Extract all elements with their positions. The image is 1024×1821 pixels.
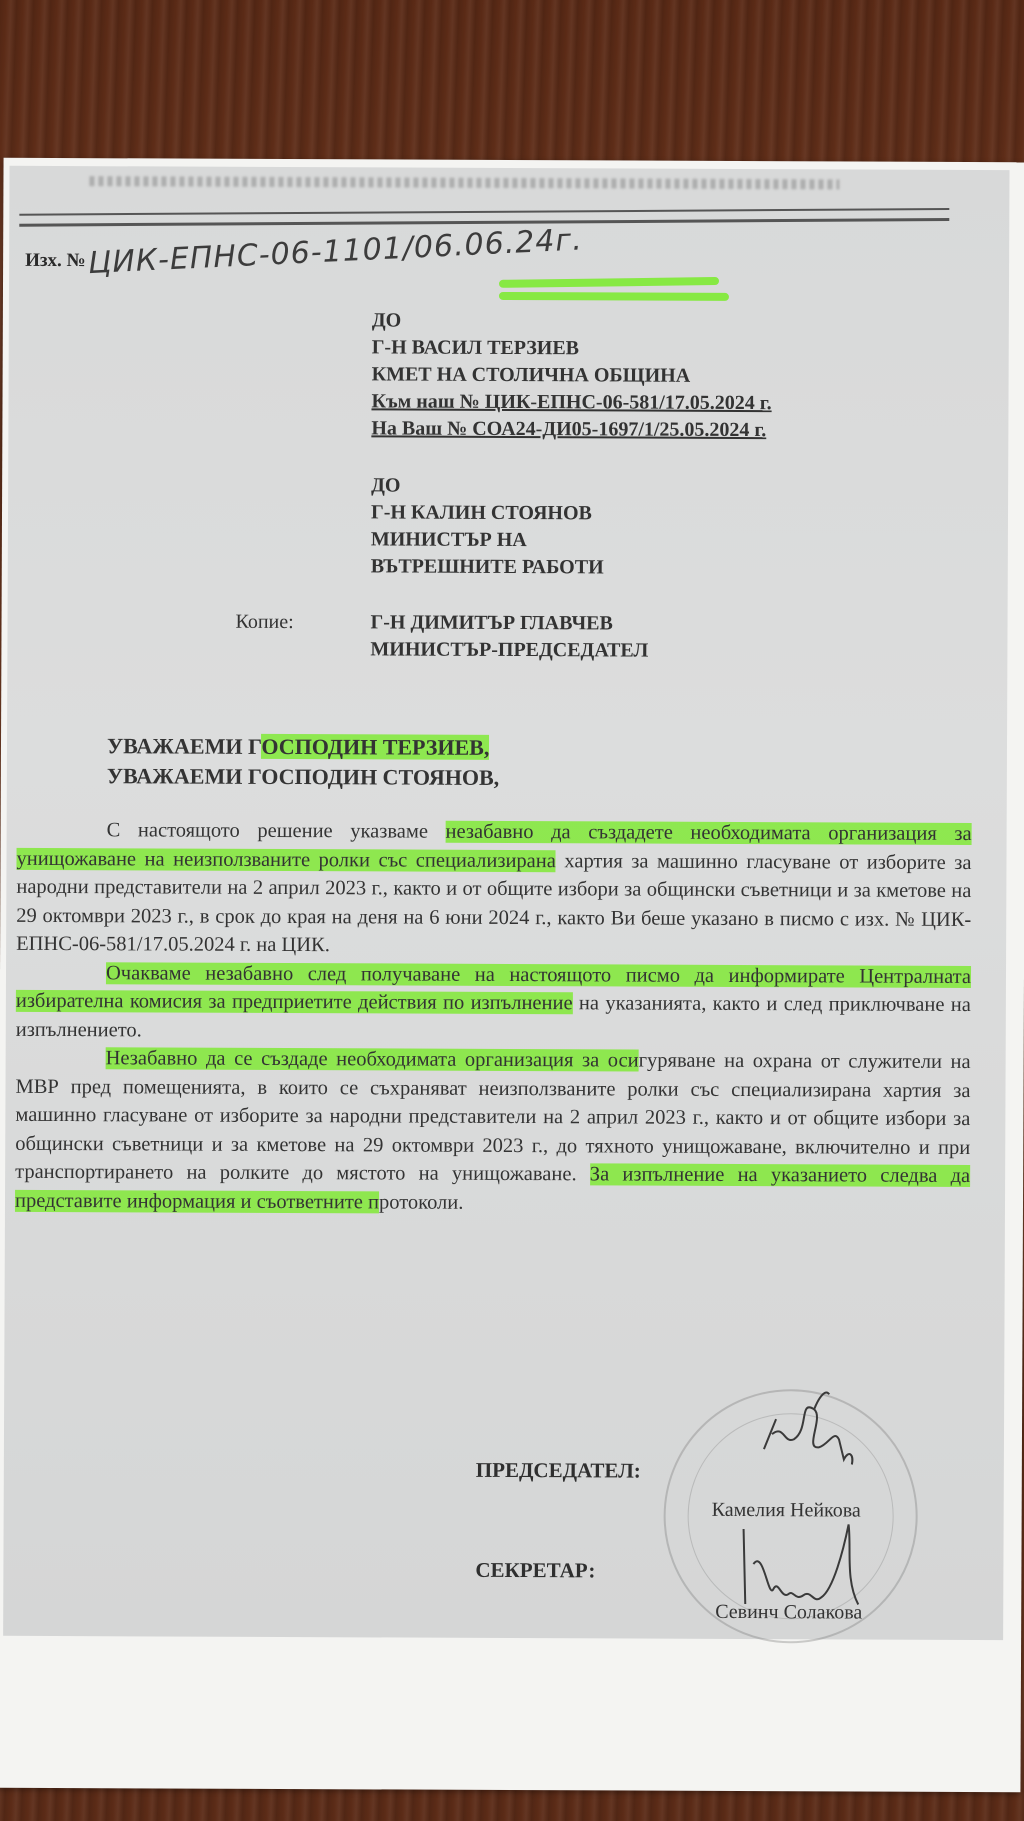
letterhead-rule [19, 208, 949, 216]
copy-title: МИНИСТЪР-ПРЕДСЕДАТЕЛ [370, 636, 648, 664]
copy-recipient-block: Г-Н ДИМИТЪР ГЛАВЧЕВ МИНИСТЪР-ПРЕДСЕДАТЕЛ [370, 609, 648, 664]
paragraph: С настоящото решение указваме незабавно … [16, 816, 972, 963]
letterhead-rule [19, 218, 949, 227]
reference-yours: На Ваш № СОА24-ДИ05-1697/1/25.05.2024 г. [371, 415, 771, 444]
chair-signature [754, 1389, 864, 1479]
recipient-mayor: ДО Г-Н ВАСИЛ ТЕРЗИЕВ КМЕТ НА СТОЛИЧНА ОБ… [371, 307, 772, 444]
outgoing-label: Изх. № [25, 250, 86, 271]
recipient-title: КМЕТ НА СТОЛИЧНА ОБЩИНА [372, 361, 772, 390]
salutation-highlight: ОСПОДИН ТЕРЗИЕВ, [261, 734, 489, 760]
letter-body: С настоящото решение указваме незабавно … [15, 816, 972, 1219]
copy-name: Г-Н ДИМИТЪР ГЛАВЧЕВ [370, 609, 648, 637]
paper-sheet: Изх. №ЦИК-ЕПНС-06-1101/06.06.24г. ДО Г-Н… [0, 158, 1024, 1792]
recipient-name: Г-Н КАЛИН СТОЯНОВ [371, 499, 604, 527]
outgoing-number: Изх. №ЦИК-ЕПНС-06-1101/06.06.24г. [25, 239, 583, 276]
printed-area: Изх. №ЦИК-ЕПНС-06-1101/06.06.24г. ДО Г-Н… [3, 166, 1009, 1640]
copy-label: Копие: [235, 611, 293, 633]
copy-recipient: Копие: [235, 609, 293, 636]
paragraph: Незабавно да се създаде необходимата орг… [15, 1044, 971, 1219]
highlighted-text: Незабавно да се създаде необходимата орг… [106, 1047, 639, 1071]
salutation-line: УВАЖАЕМИ ГОСПОДИН СТОЯНОВ, [107, 761, 499, 793]
recipient-to: ДО [371, 472, 604, 500]
paragraph: Очакваме незабавно след получаване на на… [16, 958, 971, 1048]
chair-label: ПРЕДСЕДАТЕЛ: [476, 1458, 641, 1484]
salutation: УВАЖАЕМИ ГОСПОДИН ТЕРЗИЕВ, УВАЖАЕМИ ГОСП… [107, 731, 500, 793]
secretary-name: Севинч Солакова [715, 1601, 862, 1625]
recipient-to: ДО [372, 307, 772, 336]
recipient-title: ВЪТРЕШНИТЕ РАБОТИ [371, 553, 604, 581]
recipient-title: МИНИСТЪР НА [371, 526, 604, 554]
letterhead-address-blurred [89, 176, 839, 189]
recipient-name: Г-Н ВАСИЛ ТЕРЗИЕВ [372, 334, 772, 363]
reference-ours: Към наш № ЦИК-ЕПНС-06-581/17.05.2024 г. [371, 388, 771, 417]
salutation-line: УВАЖАЕМИ Г [107, 733, 262, 759]
secretary-label: СЕКРЕТАР: [475, 1558, 595, 1584]
outgoing-number-handwritten: ЦИК-ЕПНС-06-1101/06.06.24г. [87, 222, 583, 281]
highlighter-stroke [499, 277, 719, 288]
highlighter-stroke [499, 292, 729, 301]
recipient-minister: ДО Г-Н КАЛИН СТОЯНОВ МИНИСТЪР НА ВЪТРЕШН… [371, 472, 604, 581]
